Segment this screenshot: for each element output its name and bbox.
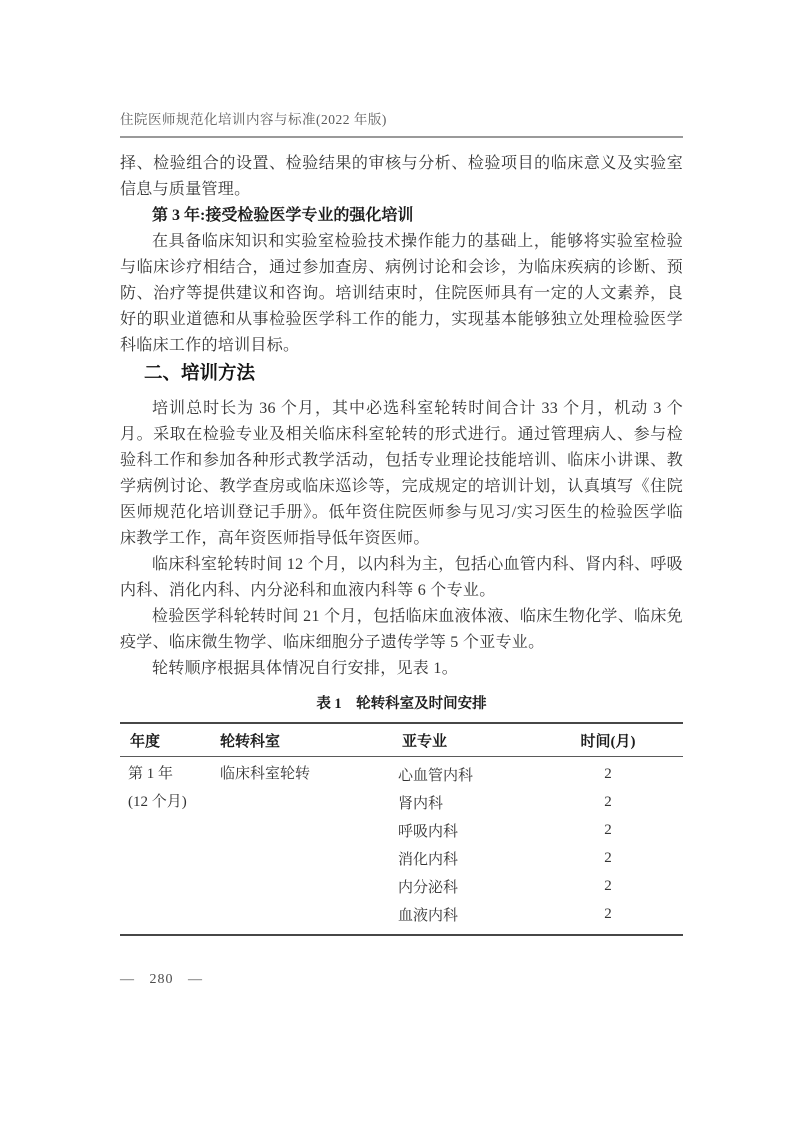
table-header-months: 时间(月) bbox=[543, 730, 683, 751]
table-row-months: 2 bbox=[543, 906, 683, 923]
table-row-subspecialty: 心血管内科 bbox=[398, 764, 543, 785]
table-row-months: 2 bbox=[543, 766, 683, 783]
table-row-months: 2 bbox=[543, 822, 683, 839]
table-header-subspecialty: 亚专业 bbox=[398, 730, 543, 751]
table-title: 表 1 轮转科室及时间安排 bbox=[120, 692, 683, 716]
year-sublabel: (12 个月) bbox=[128, 788, 220, 816]
table-body: 第 1 年 (12 个月) 临床科室轮转 心血管内科 2 肾内科 2 呼吸内科 … bbox=[120, 757, 683, 934]
paragraph-rotation-order: 轮转顺序根据具体情况自行安排，见表 1。 bbox=[120, 656, 683, 682]
paragraph-intro-continuation: 择、检验组合的设置、检验结果的审核与分析、检验项目的临床意义及实验室信息与质量管… bbox=[120, 151, 683, 203]
heading-year3: 第 3 年:接受检验医学专业的强化培训 bbox=[120, 203, 683, 229]
table-row-subspecialty: 呼吸内科 bbox=[398, 820, 543, 841]
table-row-months: 2 bbox=[543, 878, 683, 895]
table-cell-year: 第 1 年 (12 个月) bbox=[120, 760, 220, 816]
rotation-table: 年度 轮转科室 亚专业 时间(月) 第 1 年 (12 个月) 临床科室轮转 心… bbox=[120, 722, 683, 936]
table-row-subspecialty: 消化内科 bbox=[398, 848, 543, 869]
table-header-row: 年度 轮转科室 亚专业 时间(月) bbox=[120, 724, 683, 757]
paragraph-year3-goals: 在具备临床知识和实验室检验技术操作能力的基础上，能够将实验室检验与临床诊疗相结合… bbox=[120, 229, 683, 359]
table-header-department: 轮转科室 bbox=[220, 730, 398, 751]
table-row-months: 2 bbox=[543, 794, 683, 811]
paragraph-clinical-rotation: 临床科室轮转时间 12 个月，以内科为主，包括心血管内科、肾内科、呼吸内科、消化… bbox=[120, 552, 683, 604]
heading-training-methods: 二、培训方法 bbox=[120, 359, 683, 389]
table-row-subspecialty: 血液内科 bbox=[398, 904, 543, 925]
table-row-subspecialty: 内分泌科 bbox=[398, 876, 543, 897]
document-page: 住院医师规范化培训内容与标准(2022 年版) 择、检验组合的设置、检验结果的审… bbox=[0, 0, 800, 1131]
running-head: 住院医师规范化培训内容与标准(2022 年版) bbox=[120, 110, 683, 138]
content-column: 住院医师规范化培训内容与标准(2022 年版) 择、检验组合的设置、检验结果的审… bbox=[120, 0, 683, 936]
table-header-year: 年度 bbox=[120, 730, 220, 751]
paragraph-method-overview: 培训总时长为 36 个月，其中必选科室轮转时间合计 33 个月，机动 3 个月。… bbox=[120, 396, 683, 552]
paragraph-lab-rotation: 检验医学科轮转时间 21 个月，包括临床血液体液、临床生物化学、临床免疫学、临床… bbox=[120, 604, 683, 656]
year-label: 第 1 年 bbox=[128, 760, 220, 788]
page-number: — 280 — bbox=[120, 972, 203, 988]
table-cell-department: 临床科室轮转 bbox=[220, 760, 398, 788]
table-row-months: 2 bbox=[543, 850, 683, 867]
table-row-subspecialty: 肾内科 bbox=[398, 792, 543, 813]
